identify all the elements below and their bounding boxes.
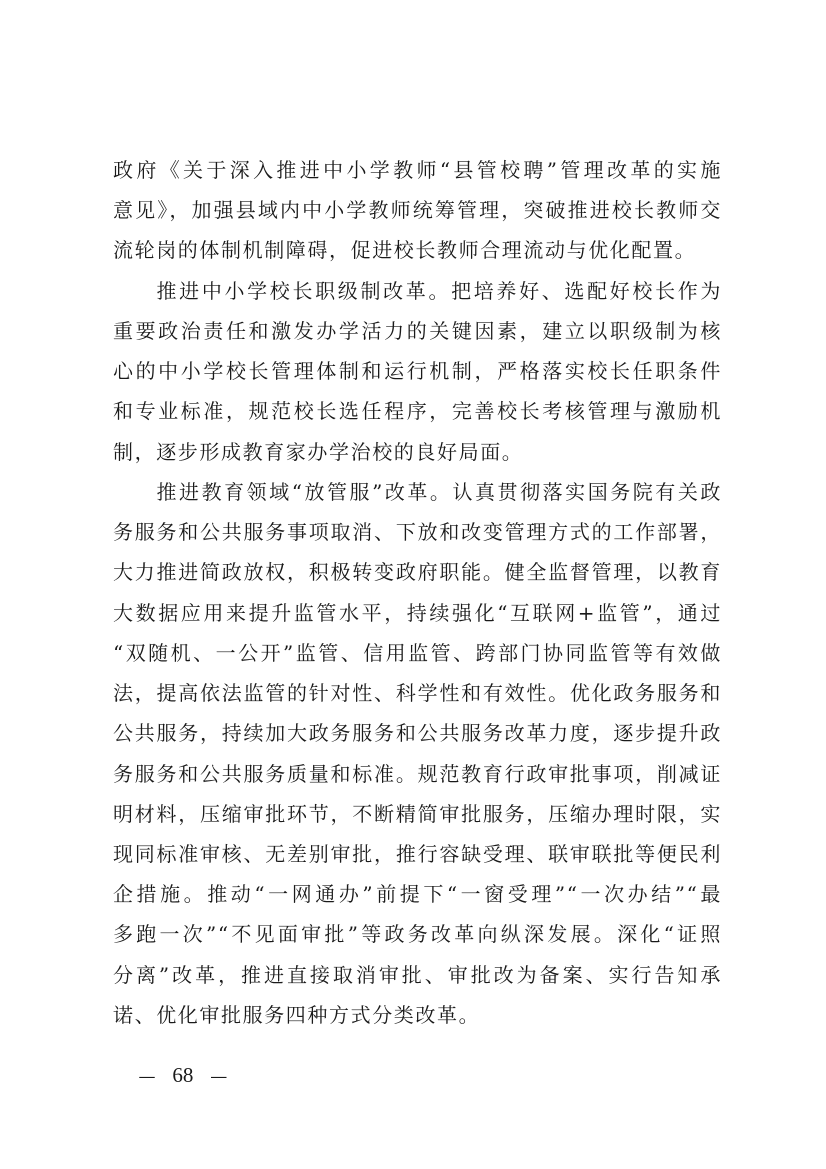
paragraph-3: 推进教育领域“放管服”改革。认真贯彻落实国务院有关政 务服务和公共服务事项取消、… [113, 472, 722, 1035]
document-page: 政府《关于深入推进中小学教师“县管校聘”管理改革的实施 意见》，加强县域内中小学… [0, 0, 826, 1169]
text-line: 心的中小学校长管理体制和运行机制，严格落实校长任职条件 [113, 351, 722, 391]
text-line: 重要政治责任和激发办学活力的关键因素，建立以职级制为核 [113, 311, 722, 351]
text-line: 务服务和公共服务质量和标准。规范教育行政审批事项，削减证 [113, 754, 722, 794]
text-line: 诺、优化审批服务四种方式分类改革。 [113, 995, 722, 1035]
text-line: 推进教育领域“放管服”改革。认真贯彻落实国务院有关政 [113, 472, 722, 512]
text-line: 大数据应用来提升监管水平，持续强化“互联网+监管”，通过 [113, 593, 722, 633]
text-line: 制，逐步形成教育家办学治校的良好局面。 [113, 432, 722, 472]
page-number-value: 68 [172, 1062, 193, 1088]
text-line: “双随机、一公开”监管、信用监管、跨部门协同监管等有效做 [113, 633, 722, 673]
page-number-dash-left: — [138, 1064, 156, 1090]
text-line: 法，提高依法监管的针对性、科学性和有效性。优化政务服务和 [113, 673, 722, 713]
paragraph-1: 政府《关于深入推进中小学教师“县管校聘”管理改革的实施 意见》，加强县域内中小学… [113, 150, 722, 271]
page-number: — 68 — [138, 1062, 228, 1088]
text-line: 企措施。推动“一网通办”前提下“一窗受理”“一次办结”“最 [113, 874, 722, 914]
text-line: 和专业标准，规范校长选任程序，完善校长考核管理与激励机 [113, 391, 722, 431]
text-line: 多跑一次”“不见面审批”等政务改革向纵深发展。深化“证照 [113, 914, 722, 954]
text-line: 政府《关于深入推进中小学教师“县管校聘”管理改革的实施 [113, 150, 722, 190]
text-line: 分离”改革，推进直接取消审批、审批改为备案、实行告知承 [113, 955, 722, 995]
text-line: 意见》，加强县域内中小学教师统筹管理，突破推进校长教师交 [113, 190, 722, 230]
body-text: 政府《关于深入推进中小学教师“县管校聘”管理改革的实施 意见》，加强县域内中小学… [113, 150, 722, 1035]
page-number-dash-right: — [210, 1064, 228, 1090]
text-line: 大力推进简政放权，积极转变政府职能。健全监督管理，以教育 [113, 552, 722, 592]
text-line: 现同标准审核、无差别审批，推行容缺受理、联审联批等便民利 [113, 834, 722, 874]
text-line: 务服务和公共服务事项取消、下放和改变管理方式的工作部署， [113, 512, 722, 552]
text-line: 推进中小学校长职级制改革。把培养好、选配好校长作为 [113, 271, 722, 311]
text-line: 流轮岗的体制机制障碍，促进校长教师合理流动与优化配置。 [113, 230, 722, 270]
text-line: 公共服务，持续加大政务服务和公共服务改革力度，逐步提升政 [113, 713, 722, 753]
text-line: 明材料，压缩审批环节，不断精简审批服务，压缩办理时限，实 [113, 794, 722, 834]
paragraph-2: 推进中小学校长职级制改革。把培养好、选配好校长作为 重要政治责任和激发办学活力的… [113, 271, 722, 472]
